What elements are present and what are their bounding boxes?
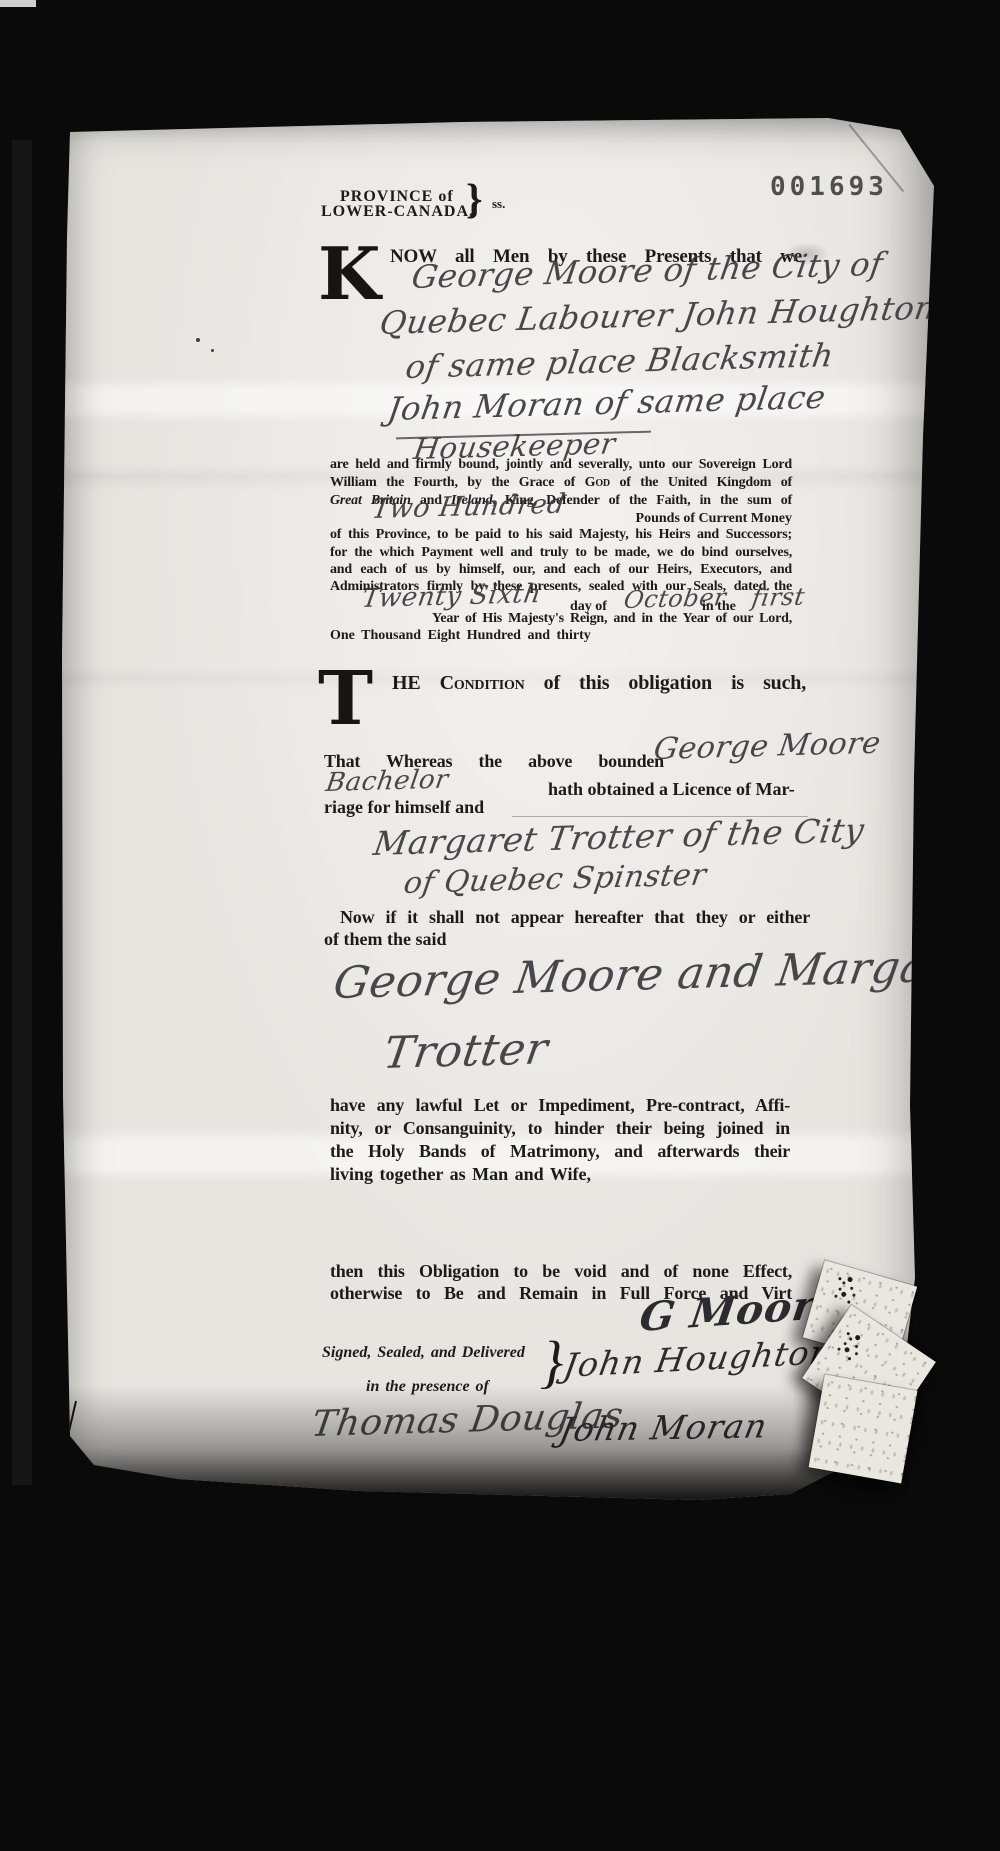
impediment-line4: living together as Man and Wife, <box>330 1163 591 1186</box>
whereas-line4: Now if it shall not appear hereafter tha… <box>340 906 810 929</box>
seal-ink-specks <box>838 1277 842 1281</box>
header-brace: } <box>466 176 483 224</box>
dropcap-t: T <box>318 669 373 730</box>
void-line1: then this Obligation to be void and of n… <box>330 1260 792 1283</box>
bond-line2-god: God <box>585 475 610 490</box>
handwritten-party-line4: John Moran of same place <box>385 378 828 428</box>
impediment-line2: nity, or Consanguinity, to hinder their … <box>330 1117 790 1140</box>
dust-speck <box>211 349 214 352</box>
handwritten-regnal-year: first <box>750 583 807 612</box>
scanned-document-page: PROVINCE of LOWER-CANADA. } ss. 001693 K… <box>0 0 1000 1851</box>
scan-edge-sliver <box>0 0 36 7</box>
bond-line6: for the which Payment well and truly to … <box>330 544 792 562</box>
handwritten-couple-line2: Trotter <box>380 1023 551 1079</box>
dust-speck <box>196 338 200 342</box>
seal-wafer <box>809 1375 918 1484</box>
ink-smudge <box>784 242 830 266</box>
bond-line1: are held and firmly bound, jointly and s… <box>330 456 792 474</box>
province-heading-line2: LOWER-CANADA. <box>321 203 474 221</box>
bond-line7: and each of us by himself, our, and each… <box>330 561 792 579</box>
impediment-line1: have any lawful Let or Impediment, Pre-c… <box>330 1094 790 1117</box>
serial-number-stamp: 001693 <box>770 172 888 202</box>
scan-edge-band <box>12 140 32 1485</box>
condition-line: HE Condition of this obligation is such, <box>392 672 806 695</box>
bond-line2-c: of the United Kingdom of <box>610 475 792 490</box>
condition-rest: of this obligation is such, <box>525 672 806 694</box>
whereas-line3: riage for himself and <box>324 796 484 819</box>
bond-line2-a: William the Fourth, by the Grace of <box>330 475 585 490</box>
handwritten-party-line2: Quebec Labourer John Houghton <box>377 289 938 342</box>
dropcap-k: K <box>318 244 381 303</box>
handwritten-groom-status: Bachelor <box>324 765 451 798</box>
bond-line9: Year of His Majesty's Reign, and in the … <box>432 610 792 628</box>
bond-line10: One Thousand Eight Hundred and thirty <box>330 627 591 645</box>
condition-he: HE <box>392 672 440 694</box>
handwritten-groom-name: George Moore <box>651 726 883 767</box>
handwritten-bride-line2: of Quebec Spinster <box>401 858 708 901</box>
header-ss-abbreviation: ss. <box>492 196 505 212</box>
impediment-line3: the Holy Bands of Matrimony, and afterwa… <box>330 1140 790 1163</box>
attestation-line1: Signed, Sealed, and Delivered <box>322 1344 525 1362</box>
whereas-line2: hath obtained a Licence of Mar- <box>548 778 795 801</box>
bond-line5: of this Province, to be paid to his said… <box>330 526 792 544</box>
seal-ink-specks <box>846 1332 850 1336</box>
handwritten-day: Twenty Sixth <box>360 579 543 614</box>
condition-word: Condition <box>440 672 525 694</box>
whereas-line5: of them the said <box>324 928 447 951</box>
